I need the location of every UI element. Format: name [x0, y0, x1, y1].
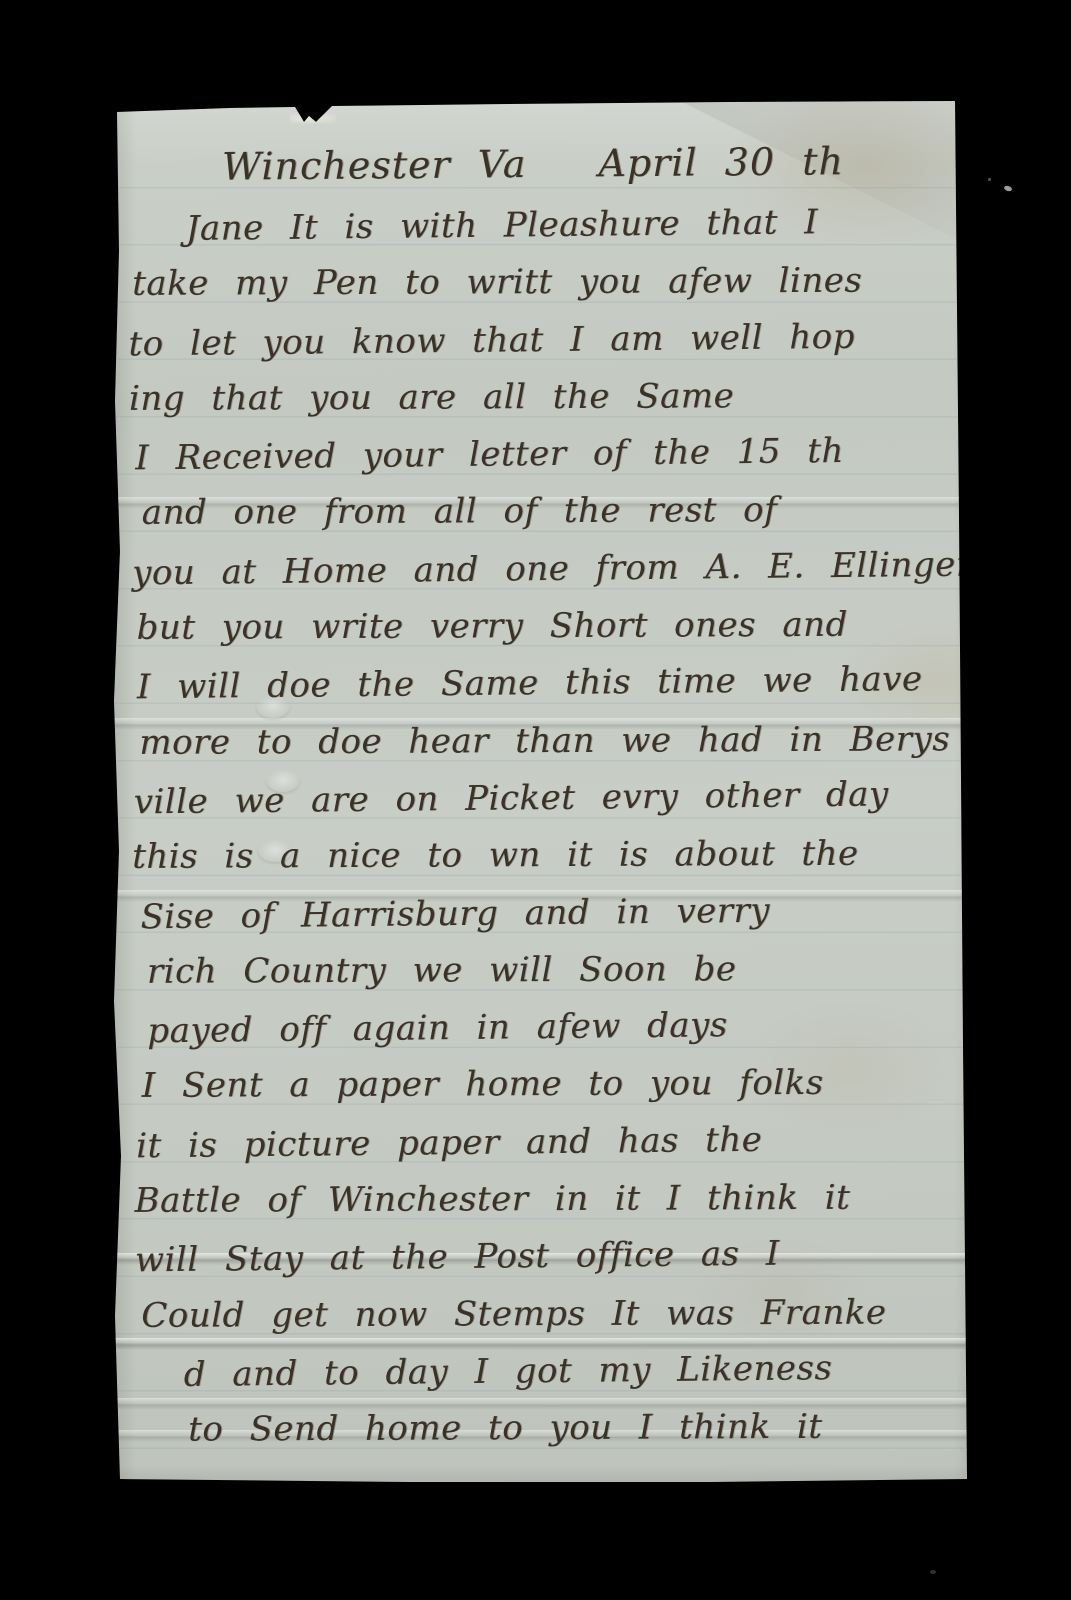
- letter-line: more to doe hear than we had in Berys: [139, 719, 951, 780]
- torn-notch-fringe: [290, 112, 336, 127]
- letter-paper: Winchester VaApril 30 th Jane It is with…: [110, 96, 970, 1486]
- letter-line: d and to day I got my Likeness: [184, 1347, 957, 1412]
- letter-line: but you write verry Short ones and: [136, 604, 950, 665]
- letter-line: Sise of Harrisburg and in verry: [140, 888, 953, 954]
- letter-line: rich Country we will Soon be: [147, 948, 953, 1009]
- letter-location: Winchester Va: [222, 142, 527, 189]
- letter-date: April 30 th: [598, 139, 844, 185]
- letter-line: Could get now Stemps It was Franke: [141, 1292, 955, 1353]
- letter-heading: Winchester VaApril 30 th: [222, 139, 844, 188]
- letter-line: Battle of Winchester in it I think it: [134, 1177, 954, 1238]
- letter-line: it is picture paper and has the: [136, 1118, 955, 1184]
- letter-line: I Sent a paper home to you folks: [142, 1063, 954, 1124]
- letter-line: ville we are on Picket evry other day: [134, 774, 953, 840]
- letter-body: Jane It is with Pleashure that I take my…: [128, 202, 957, 1468]
- photo-background: Winchester VaApril 30 th Jane It is with…: [0, 0, 1071, 1600]
- letter-line: you at Home and one from A. E. Ellinger: [132, 545, 951, 611]
- letter-line: ing that you are all the Same: [129, 375, 949, 436]
- letter-line: I will doe the Same this time we have: [137, 659, 952, 725]
- letter-line: to Send home to you I think it: [188, 1407, 956, 1468]
- letter-line: Jane It is with Pleashure that I: [186, 201, 949, 266]
- letter-line: to let you know that I am well hop: [128, 315, 949, 381]
- dust-speck: [1003, 185, 1012, 192]
- letter-line: and one from all of the rest of: [142, 490, 950, 551]
- letter-line: payed off again in afew days: [147, 1003, 954, 1069]
- dust-speck: [988, 178, 991, 181]
- letter-line: will Stay at the Post office as I: [135, 1232, 956, 1298]
- letter-line: I Received your letter of the 15 th: [135, 430, 950, 496]
- letter-line: take my Pen to writt you afew lines: [132, 261, 948, 322]
- letter-line: this is a nice to wn it is about the: [132, 834, 952, 895]
- dust-speck: [930, 1570, 936, 1574]
